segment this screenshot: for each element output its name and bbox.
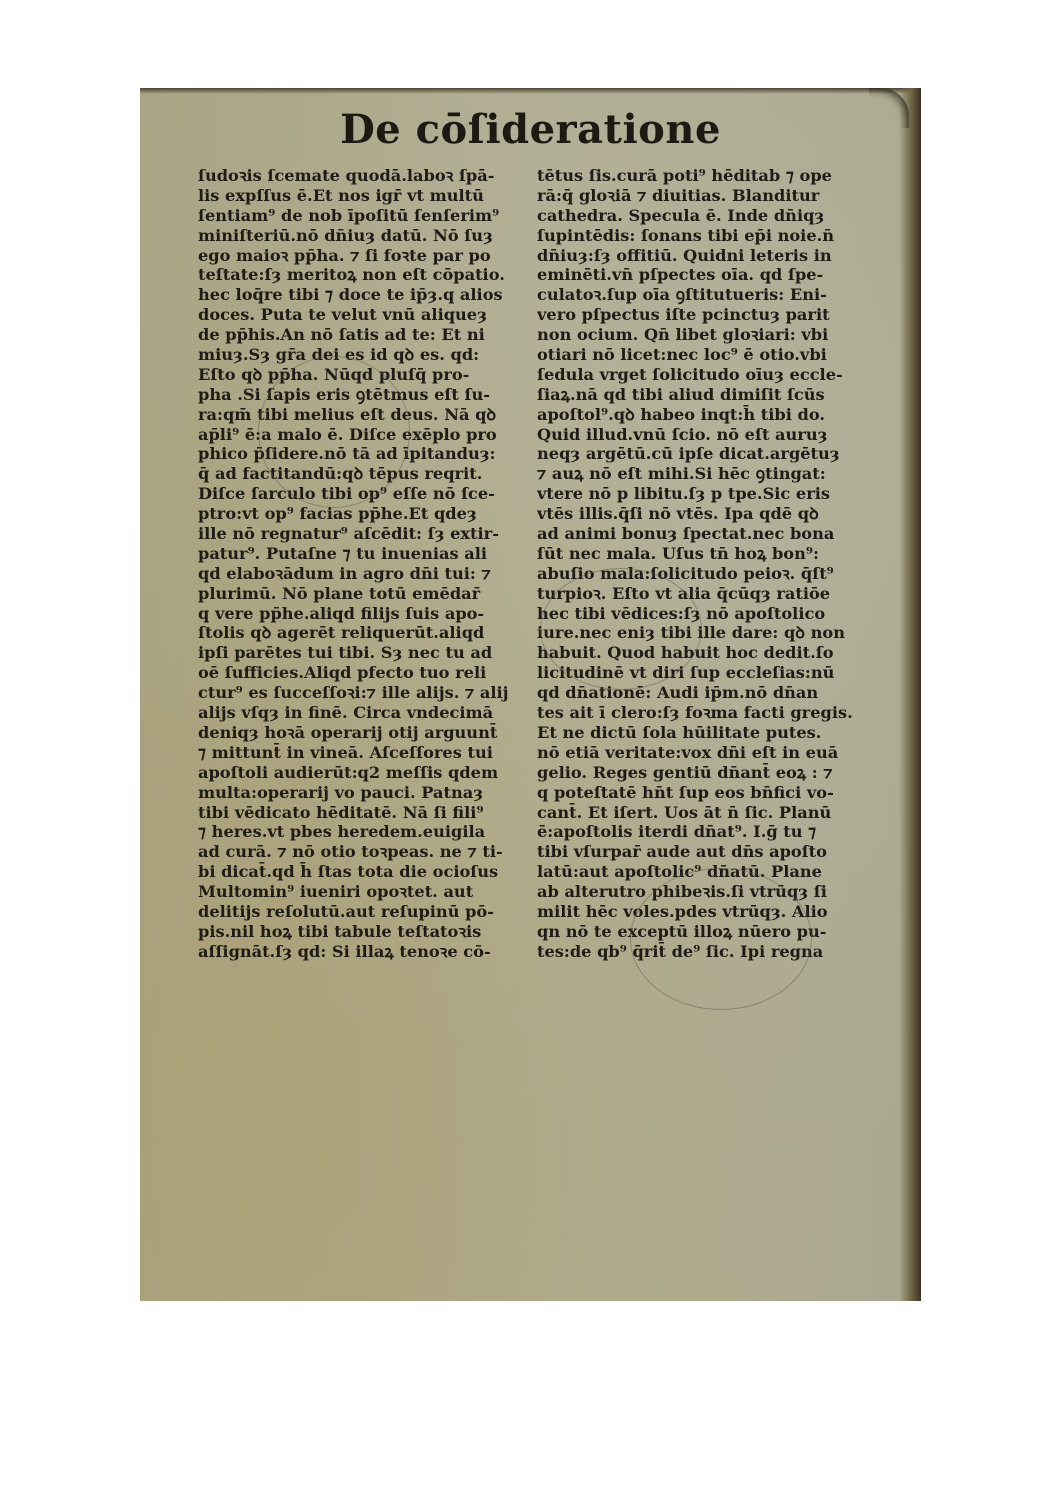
text-line: alijs vſqȝ in finē. Circa vndecimā xyxy=(198,703,536,723)
text-line: qd elaboꝛādum in agro dn̄i tui: ⁊ xyxy=(198,564,536,584)
text-line: ſedula vrget ſolicitudo oīuȝ eccle- xyxy=(537,365,882,385)
text-line: phico p̄ſidere.nō tā ad īpitanduȝ: xyxy=(198,444,536,464)
text-line: cathedra. Specula ē. Inde dn̄iqȝ xyxy=(537,206,882,226)
text-line: vtēs illis.q̄ſi nō vtēs. Ipa qdē qꝺ xyxy=(537,504,882,524)
text-line: hec tibi vēdices:ſȝ nō apoſtolico xyxy=(537,604,882,624)
text-line: ſiaꝝ.nā qd tibi aliud dimiſit ſcūs xyxy=(537,385,882,405)
text-line: licitudinē vt diri ſup eccleſias:nū xyxy=(537,663,882,683)
text-line: ap̄li⁹ ē:a malo ē. Diſce exēplo pro xyxy=(198,425,536,445)
text-line: miniſteriū.nō dn̄iuȝ datū. Nō ſuȝ xyxy=(198,226,536,246)
text-line: ē:apoſtolis iterdi dn̄at⁹. I.ḡ tu ⁊ xyxy=(537,822,882,842)
text-line: bi dicat̄.qd h̄ ſtas tota die ocioſus xyxy=(198,862,536,882)
text-line: tes:de qb⁹ q̄rit̄ de⁹ ſic. Ipi regna xyxy=(537,942,882,962)
text-line: cant̄. Et iſert. Uos āt n̄ ſic. Planū xyxy=(537,803,882,823)
text-line: tētus ſis.curā poti⁹ hēditab ⁊ ope xyxy=(537,166,882,186)
text-line: Eſto qꝺ pp̄ha. Nūqd pluſq̄ pro- xyxy=(198,365,536,385)
text-line: ad curā. ⁊ nō otio toꝛpeas. ne ⁊ ti- xyxy=(198,842,536,862)
text-line: nō etiā veritate:vox dn̄i eſt in euā xyxy=(537,743,882,763)
text-line: ra:qm̄ tibi melius eſt deus. Nā qꝺ xyxy=(198,405,536,425)
page-top-edge-shadow xyxy=(140,88,921,94)
text-line: Diſce ſarculo tibi op⁹ eſſe nō ſce- xyxy=(198,484,536,504)
text-line: vero pſpectus iſte pcinctuȝ parit xyxy=(537,305,882,325)
text-line: ctur⁹ es ſucceſſoꝛi:⁊ ille alijs. ⁊ alij xyxy=(198,683,536,703)
text-line: qd dn̄ationē: Audi ip̄m.nō dn̄an xyxy=(537,683,882,703)
text-line: tibi vſurpar̄ aude aut dn̄s apoſto xyxy=(537,842,882,862)
text-line: ille nō regnatur⁹ aſcēdit: ſȝ extir- xyxy=(198,524,536,544)
running-head: De cōſideratione xyxy=(140,106,921,153)
text-line: tes ait ī clero:ſȝ foꝛma facti gregis. xyxy=(537,703,882,723)
text-line: ⁊ auꝝ nō eſt mihi.Si hēc ꝯtingat: xyxy=(537,464,882,484)
text-line: habuit. Quod habuit hoc dedit.ſo xyxy=(537,643,882,663)
text-line: otiari nō licet:nec loc⁹ ē otio.vbi xyxy=(537,345,882,365)
text-line: hec loq̄re tibi ⁊ doce te ip̄ȝ.q alios xyxy=(198,285,536,305)
text-line: gelio. Reges gentiū dn̄ant̄ eoꝝ : ⁊ xyxy=(537,763,882,783)
text-line: eminēti.vn̄ pſpectes oīa. qd ſpe- xyxy=(537,265,882,285)
text-line: ab alterutro phibeꝛis.ſi vtrūqȝ ſi xyxy=(537,882,882,902)
text-line: ſtolis qꝺ agerēt reliquerūt.aliqd xyxy=(198,623,536,643)
text-line: latū:aut apoſtolic⁹ dn̄atū. Plane xyxy=(537,862,882,882)
text-line: teſtate:ſȝ meritoꝝ non eſt cōpatio. xyxy=(198,265,536,285)
text-line: non ocium. Qn̄ libet gloꝛiari: vbi xyxy=(537,325,882,345)
text-line: qn nō te exceptū illoꝝ nūero pu- xyxy=(537,922,882,942)
text-line: q̄ ad factitandū:qꝺ tēpus reqrit. xyxy=(198,464,536,484)
text-line: ſupintēdis: ſonans tibi ep̄i noie.n̄ xyxy=(537,226,882,246)
text-line: abuſio mala:ſolicitudo peioꝛ. q̄ſt⁹ xyxy=(537,564,882,584)
text-line: plurimū. Nō plane totū emēdar̄ xyxy=(198,584,536,604)
text-line: Quid illud.vnū ſcio. nō eſt auruȝ xyxy=(537,425,882,445)
text-line: Et ne dictū ſola hūilitate putes. xyxy=(537,723,882,743)
text-line: iure.nec eniȝ tibi ille dare: qꝺ non xyxy=(537,623,882,643)
text-column-left: ſudoꝛis ſcemate quodā.laboꝛ ſpā-lis expſ… xyxy=(198,166,536,962)
page-binding-edge xyxy=(899,88,921,1301)
text-line: ſentiam⁹ de nob īpoſitū ſenſerim⁹ xyxy=(198,206,536,226)
text-line: deniqȝ hoꝛā operarij otij arguunt̄ xyxy=(198,723,536,743)
text-column-right: tētus ſis.curā poti⁹ hēditab ⁊ operā:q̄ … xyxy=(537,166,882,962)
text-line: rā:q̄ gloꝛiā ⁊ diuitias. Blanditur xyxy=(537,186,882,206)
text-line: vtere nō p libitu.ſȝ p tpe.Sic eris xyxy=(537,484,882,504)
text-line: q poteſtatē hn̄t ſup eos bn̄fici vo- xyxy=(537,783,882,803)
text-line: pha .Si ſapis eris ꝯtētmus eſt ſu- xyxy=(198,385,536,405)
text-line: turpioꝛ. Eſto vt alia q̄cūqȝ ratiōe xyxy=(537,584,882,604)
text-line: ad animi bonuȝ ſpectat.nec bona xyxy=(537,524,882,544)
text-line: aſſignāt.ſȝ qd: Si illaꝝ tenoꝛe cō- xyxy=(198,942,536,962)
text-line: tibi vēdicato hēditatē. Nā ſi fili⁹ xyxy=(198,803,536,823)
text-line: miuȝ.Sȝ gr̄a dei es id qꝺ es. qd: xyxy=(198,345,536,365)
text-line: multa:operarij vo pauci. Patnaȝ xyxy=(198,783,536,803)
text-line: apoſtol⁹.qꝺ habeo inqt:h̄ tibi do. xyxy=(537,405,882,425)
text-line: ſūt nec mala. Uſus tn̄ hoꝝ bon⁹: xyxy=(537,544,882,564)
text-line: doces. Puta te velut vnū aliqueȝ xyxy=(198,305,536,325)
text-line: ipſi parētes tui tibi. Sȝ nec tu ad xyxy=(198,643,536,663)
text-line: de pp̄his.An nō ſatis ad te: Et ni xyxy=(198,325,536,345)
text-line: delitijs reſolutū.aut reſupinū pō- xyxy=(198,902,536,922)
text-line: Multomin⁹ iueniri opoꝛtet. aut xyxy=(198,882,536,902)
text-line: ego maioꝛ pp̄ha. ⁊ ſi foꝛte par po xyxy=(198,246,536,266)
text-line: lis expſſus ē.Et nos igr̄ vt multū xyxy=(198,186,536,206)
text-line: ptro:vt op⁹ facias pp̄he.Et qdeȝ xyxy=(198,504,536,524)
scanned-page: De cōſideratione ſudoꝛis ſcemate quodā.l… xyxy=(140,88,921,1301)
text-line: culatoꝛ.ſup oīa ꝯſtitutueris: Eni- xyxy=(537,285,882,305)
text-line: oē ſufficies.Aliqd pfecto tuo reli xyxy=(198,663,536,683)
text-line: apoſtoli audierūt:q2 meſſis qdem xyxy=(198,763,536,783)
text-line: ſudoꝛis ſcemate quodā.laboꝛ ſpā- xyxy=(198,166,536,186)
text-line: q vere pp̄he.aliqd filijs ſuis apo- xyxy=(198,604,536,624)
text-line: patur⁹. Putaſne ⁊ tu inuenias ali xyxy=(198,544,536,564)
text-line: milit hēc voles.pdes vtrūqȝ. Alio xyxy=(537,902,882,922)
text-line: neqȝ argētū.cū ipſe dicat.argētuȝ xyxy=(537,444,882,464)
text-line: ⁊ mittunt̄ in vineā. Aſceſſores tui xyxy=(198,743,536,763)
text-line: ⁊ heres.vt pbes heredem.euigila xyxy=(198,822,536,842)
text-line: pis.nil hoꝝ tibi tabule teſtatoꝛis xyxy=(198,922,536,942)
text-line: dn̄iuȝ:ſȝ offitiū. Quidni leteris in xyxy=(537,246,882,266)
